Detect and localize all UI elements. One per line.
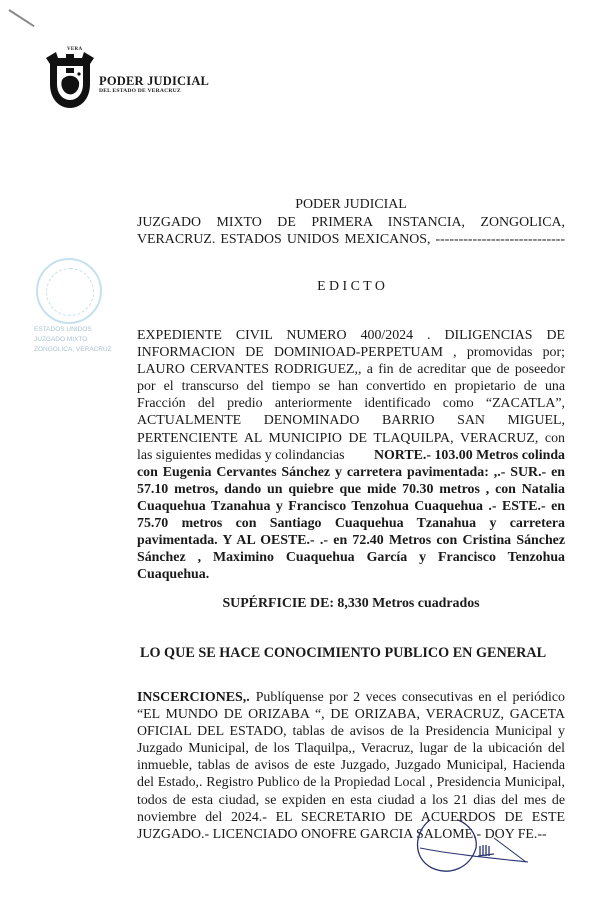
body-line: con Eugenia Cervantes Sánchez y carreter… (137, 464, 565, 481)
insertions-line: Publíquense por 2 veces consecutivas en … (256, 689, 565, 706)
surface-area: SUPÉRFICIE DE: 8,330 Metros cuadrados (137, 595, 565, 613)
pen-mark (8, 9, 34, 27)
insertions-line: OFICIAL DEL ESTADO, tablas de avisos de … (137, 723, 565, 740)
handwritten-signature-icon (410, 818, 530, 898)
insertions-line: inmueble, tablas de avisos de este Juzga… (137, 757, 565, 774)
poder-judicial-shield-icon (44, 52, 96, 110)
body-line: EXPEDIENTE CIVIL NUMERO 400/2024 . DILIG… (137, 327, 565, 344)
body-line: PERTENCIENTE AL MUNICIPIO DE TLAQUILPA, … (137, 430, 565, 447)
insertions-label: INSCERCIONES,. (137, 689, 250, 706)
insertions-line: del Estado,. Registro Publico de la Prop… (137, 774, 565, 791)
document-header: PODER JUDICIAL JUZGADO MIXTO DE PRIMERA … (137, 196, 565, 249)
insertions-line: todos de esta ciudad, se expiden en esta… (137, 792, 565, 809)
body-line: Sánchez , Maximino Cuaquehua García y Fr… (137, 549, 565, 566)
body-line: Cuaquehua. (137, 566, 565, 583)
public-notice: LO QUE SE HACE CONOCIMIENTO PUBLICO EN G… (140, 645, 568, 663)
body-line: LAURO CERVANTES RODRIGUEZ,, a fin de acr… (137, 361, 565, 378)
body-line: INFORMACION DE DOMINIOAD-PERPETUAM , pro… (137, 344, 565, 361)
seal-text-line: JUZGADO MIXTO (34, 336, 87, 343)
header-line-1: PODER JUDICIAL (137, 196, 565, 214)
body-line: Cuaquehua Tzanahua y Francisco Tenzohua … (137, 498, 565, 515)
document-title: E D I C T O (137, 278, 565, 296)
insertions-line: “EL MUNDO DE ORIZABA “, DE ORIZABA, VERA… (137, 706, 565, 723)
letterhead-title: PODER JUDICIAL (99, 74, 209, 89)
north-boundary: NORTE.- 103.00 Metros colinda (374, 447, 565, 464)
body-line: 57.10 metros, dando un quiebre que mide … (137, 481, 565, 498)
body-line-text: las siguientes medidas y colindancias (137, 447, 345, 464)
seal-text-line: ZONGOLICA, VERACRUZ (34, 346, 112, 353)
body-line: pavimentada. Y AL OESTE.- .- en 72.40 Me… (137, 532, 565, 549)
body-line: Fracción del predio anteriormente identi… (137, 395, 565, 412)
header-line-3: VERACRUZ. ESTADOS UNIDOS MEXICANOS, ----… (137, 231, 565, 249)
seal-text-line: ESTADOS UNIDOS (34, 326, 92, 333)
body-line: ACTUALMENTE DENOMINADO BARRIO SAN MIGUEL… (137, 412, 565, 429)
body-line: por el transcurso del tiempo se han conv… (137, 378, 565, 395)
body-line: 75.70 metros con Santiago Cuaquehua Tzan… (137, 515, 565, 532)
body-paragraph: EXPEDIENTE CIVIL NUMERO 400/2024 . DILIG… (137, 327, 565, 583)
official-seal-icon (36, 258, 102, 324)
header-line-2: JUZGADO MIXTO DE PRIMERA INSTANCIA, ZONG… (137, 214, 565, 232)
insertions-line: Juzgado Municipal, de los Tlaquilpa,, Ve… (137, 740, 565, 757)
body-line: las siguientes medidas y colindancias NO… (137, 447, 565, 464)
letterhead-subtitle: DEL ESTADO DE VERACRUZ (99, 88, 181, 94)
